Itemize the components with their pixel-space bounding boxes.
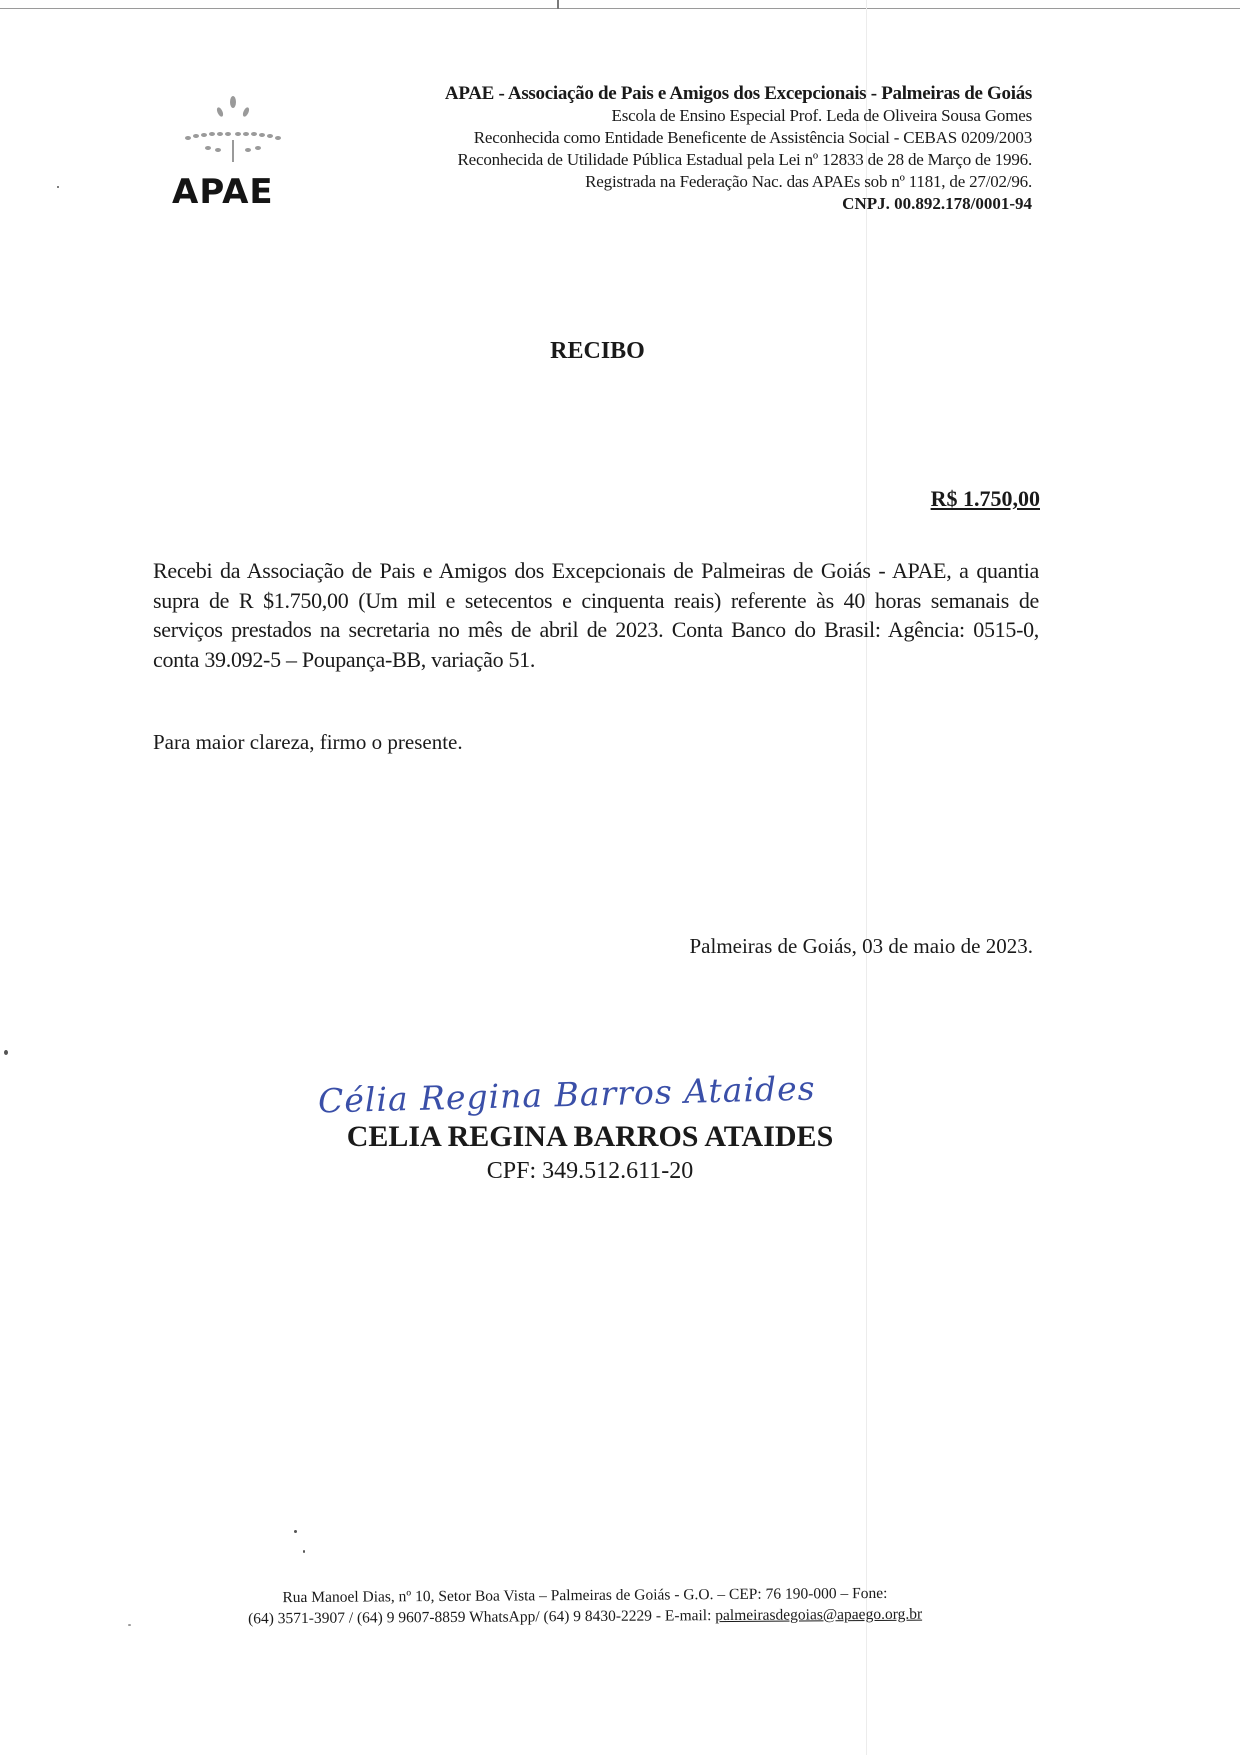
cnpj: CNPJ. 00.892.178/0001-94 [445, 193, 1032, 215]
signer-cpf: CPF: 349.512.611-20 [0, 1158, 1180, 1185]
receipt-amount: R$ 1.750,00 [931, 486, 1040, 512]
letterhead-line: Registrada na Federação Nac. das APAEs s… [445, 171, 1032, 193]
closing-statement: Para maior clareza, firmo o presente. [153, 730, 463, 755]
place-and-date: Palmeiras de Goiás, 03 de maio de 2023. [689, 934, 1033, 959]
scan-speck [4, 1050, 8, 1055]
receipt-body: Recebi da Associação de Pais e Amigos do… [153, 556, 1039, 674]
scan-speck [294, 1530, 297, 1533]
letterhead-line: Escola de Ensino Especial Prof. Leda de … [445, 105, 1032, 127]
letterhead: APAE - Associação de Pais e Amigos dos E… [445, 83, 1032, 215]
footer-email-link[interactable]: palmeirasdegoias@apaego.org.br [715, 1606, 922, 1624]
flower-leaves-icon [178, 90, 288, 170]
apae-logo: APAE [168, 80, 298, 215]
scan-speck [57, 186, 59, 188]
footer-contact-line: (64) 3571-3907 / (64) 9 9607-8859 WhatsA… [200, 1603, 970, 1629]
logo-text: APAE [172, 172, 274, 212]
signer-name: CELIA REGINA BARROS ATAIDES [0, 1120, 1180, 1154]
scan-speck [128, 1624, 131, 1626]
footer-phones: (64) 3571-3907 / (64) 9 9607-8859 WhatsA… [248, 1607, 715, 1627]
institution-name: APAE - Associação de Pais e Amigos dos E… [445, 83, 1032, 105]
document-title: RECIBO [0, 338, 1195, 365]
handwritten-signature: Célia Regina Barros Ataides [318, 1068, 816, 1120]
scan-speck [303, 1550, 305, 1553]
letterhead-line: Reconhecida de Utilidade Pública Estadua… [445, 149, 1032, 171]
scan-edge-line [0, 8, 1240, 9]
footer-address: Rua Manoel Dias, nº 10, Setor Boa Vista … [200, 1582, 970, 1629]
page-fold-line [866, 0, 867, 1755]
scan-edge-mark [557, 0, 559, 9]
letterhead-line: Reconhecida como Entidade Beneficente de… [445, 127, 1032, 149]
